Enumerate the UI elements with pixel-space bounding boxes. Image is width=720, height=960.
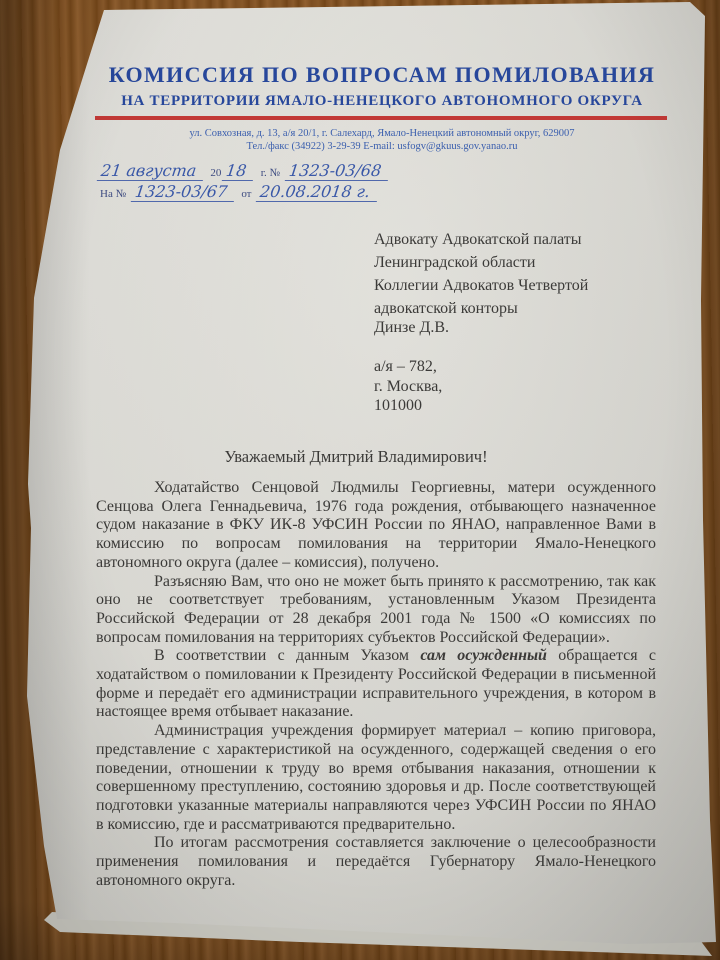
org-name-line1: КОМИССИЯ ПО ВОПРОСАМ ПОМИЛОВАНИЯ bbox=[92, 62, 672, 88]
recipient-address-line: 101000 bbox=[374, 396, 442, 416]
salutation: Уважаемый Дмитрий Владимирович! bbox=[96, 447, 616, 467]
letterhead-rule bbox=[95, 116, 667, 120]
letterhead-contact: Тел./факс (34922) 3-29-39 E-mail: usfogv… bbox=[92, 141, 672, 152]
recipient-name: Динзе Д.В. bbox=[374, 319, 449, 337]
ref-incoming-label: На № bbox=[98, 188, 128, 200]
ref-incoming-line: На № 1323-03/67 от 20.08.2018 г. bbox=[98, 182, 418, 203]
recipient-address-line: г. Москва, bbox=[374, 377, 442, 397]
recipient-org-line: Коллегии Адвокатов Четвертой bbox=[374, 274, 588, 297]
body-paragraph-3-emphasis: сам осужденный bbox=[420, 647, 547, 664]
body-paragraph-1: Ходатайство Сенцовой Людмилы Георгиевны,… bbox=[96, 479, 656, 573]
recipient-org-line: Ленинградской области bbox=[374, 251, 588, 274]
ref-number-label: г. № bbox=[259, 167, 282, 179]
recipient-org: Адвокату Адвокатской палаты Ленинградско… bbox=[374, 228, 588, 320]
ref-from-label: от bbox=[239, 188, 253, 200]
letterhead-address: ул. Совхозная, д. 13, а/я 20/1, г. Салех… bbox=[92, 128, 672, 139]
ref-incoming-date: 20.08.2018 г. bbox=[256, 182, 379, 202]
body-paragraph-2: Разъясняю Вам, что оно не может быть при… bbox=[96, 573, 656, 648]
body-paragraph-3-start: В соответствии с данным Указом bbox=[154, 647, 420, 664]
recipient-org-line: Адвокату Адвокатской палаты bbox=[374, 228, 588, 251]
recipient-address-line: а/я – 782, bbox=[374, 357, 442, 377]
reference-block: 21 августа 2018 г. № 1323-03/68 На № 132… bbox=[98, 161, 418, 203]
recipient-org-line: адвокатской конторы bbox=[374, 297, 588, 320]
ref-year-printed: 20 bbox=[208, 167, 223, 179]
ref-outgoing-line: 21 августа 2018 г. № 1323-03/68 bbox=[98, 161, 418, 182]
ref-date-handwritten: 21 августа bbox=[97, 161, 206, 181]
letter-body: Ходатайство Сенцовой Людмилы Георгиевны,… bbox=[96, 479, 656, 890]
body-paragraph-4: Администрация учреждения формирует матер… bbox=[96, 722, 656, 834]
paper-sheet: КОМИССИЯ ПО ВОПРОСАМ ПОМИЛОВАНИЯ НА ТЕРР… bbox=[0, 0, 720, 960]
body-paragraph-5: По итогам рассмотрения составляется закл… bbox=[96, 834, 656, 890]
ref-year-handwritten: 18 bbox=[222, 161, 256, 181]
recipient-address: а/я – 782, г. Москва, 101000 bbox=[374, 357, 442, 416]
photo-of-letter-on-wooden-table: КОМИССИЯ ПО ВОПРОСАМ ПОМИЛОВАНИЯ НА ТЕРР… bbox=[0, 0, 720, 960]
body-paragraph-3: В соответствии с данным Указом сам осужд… bbox=[96, 647, 656, 722]
org-name-line2: НА ТЕРРИТОРИИ ЯМАЛО-НЕНЕЦКОГО АВТОНОМНОГ… bbox=[92, 93, 672, 110]
ref-incoming-number: 1323-03/67 bbox=[131, 182, 237, 202]
ref-outgoing-number: 1323-03/68 bbox=[285, 161, 391, 181]
